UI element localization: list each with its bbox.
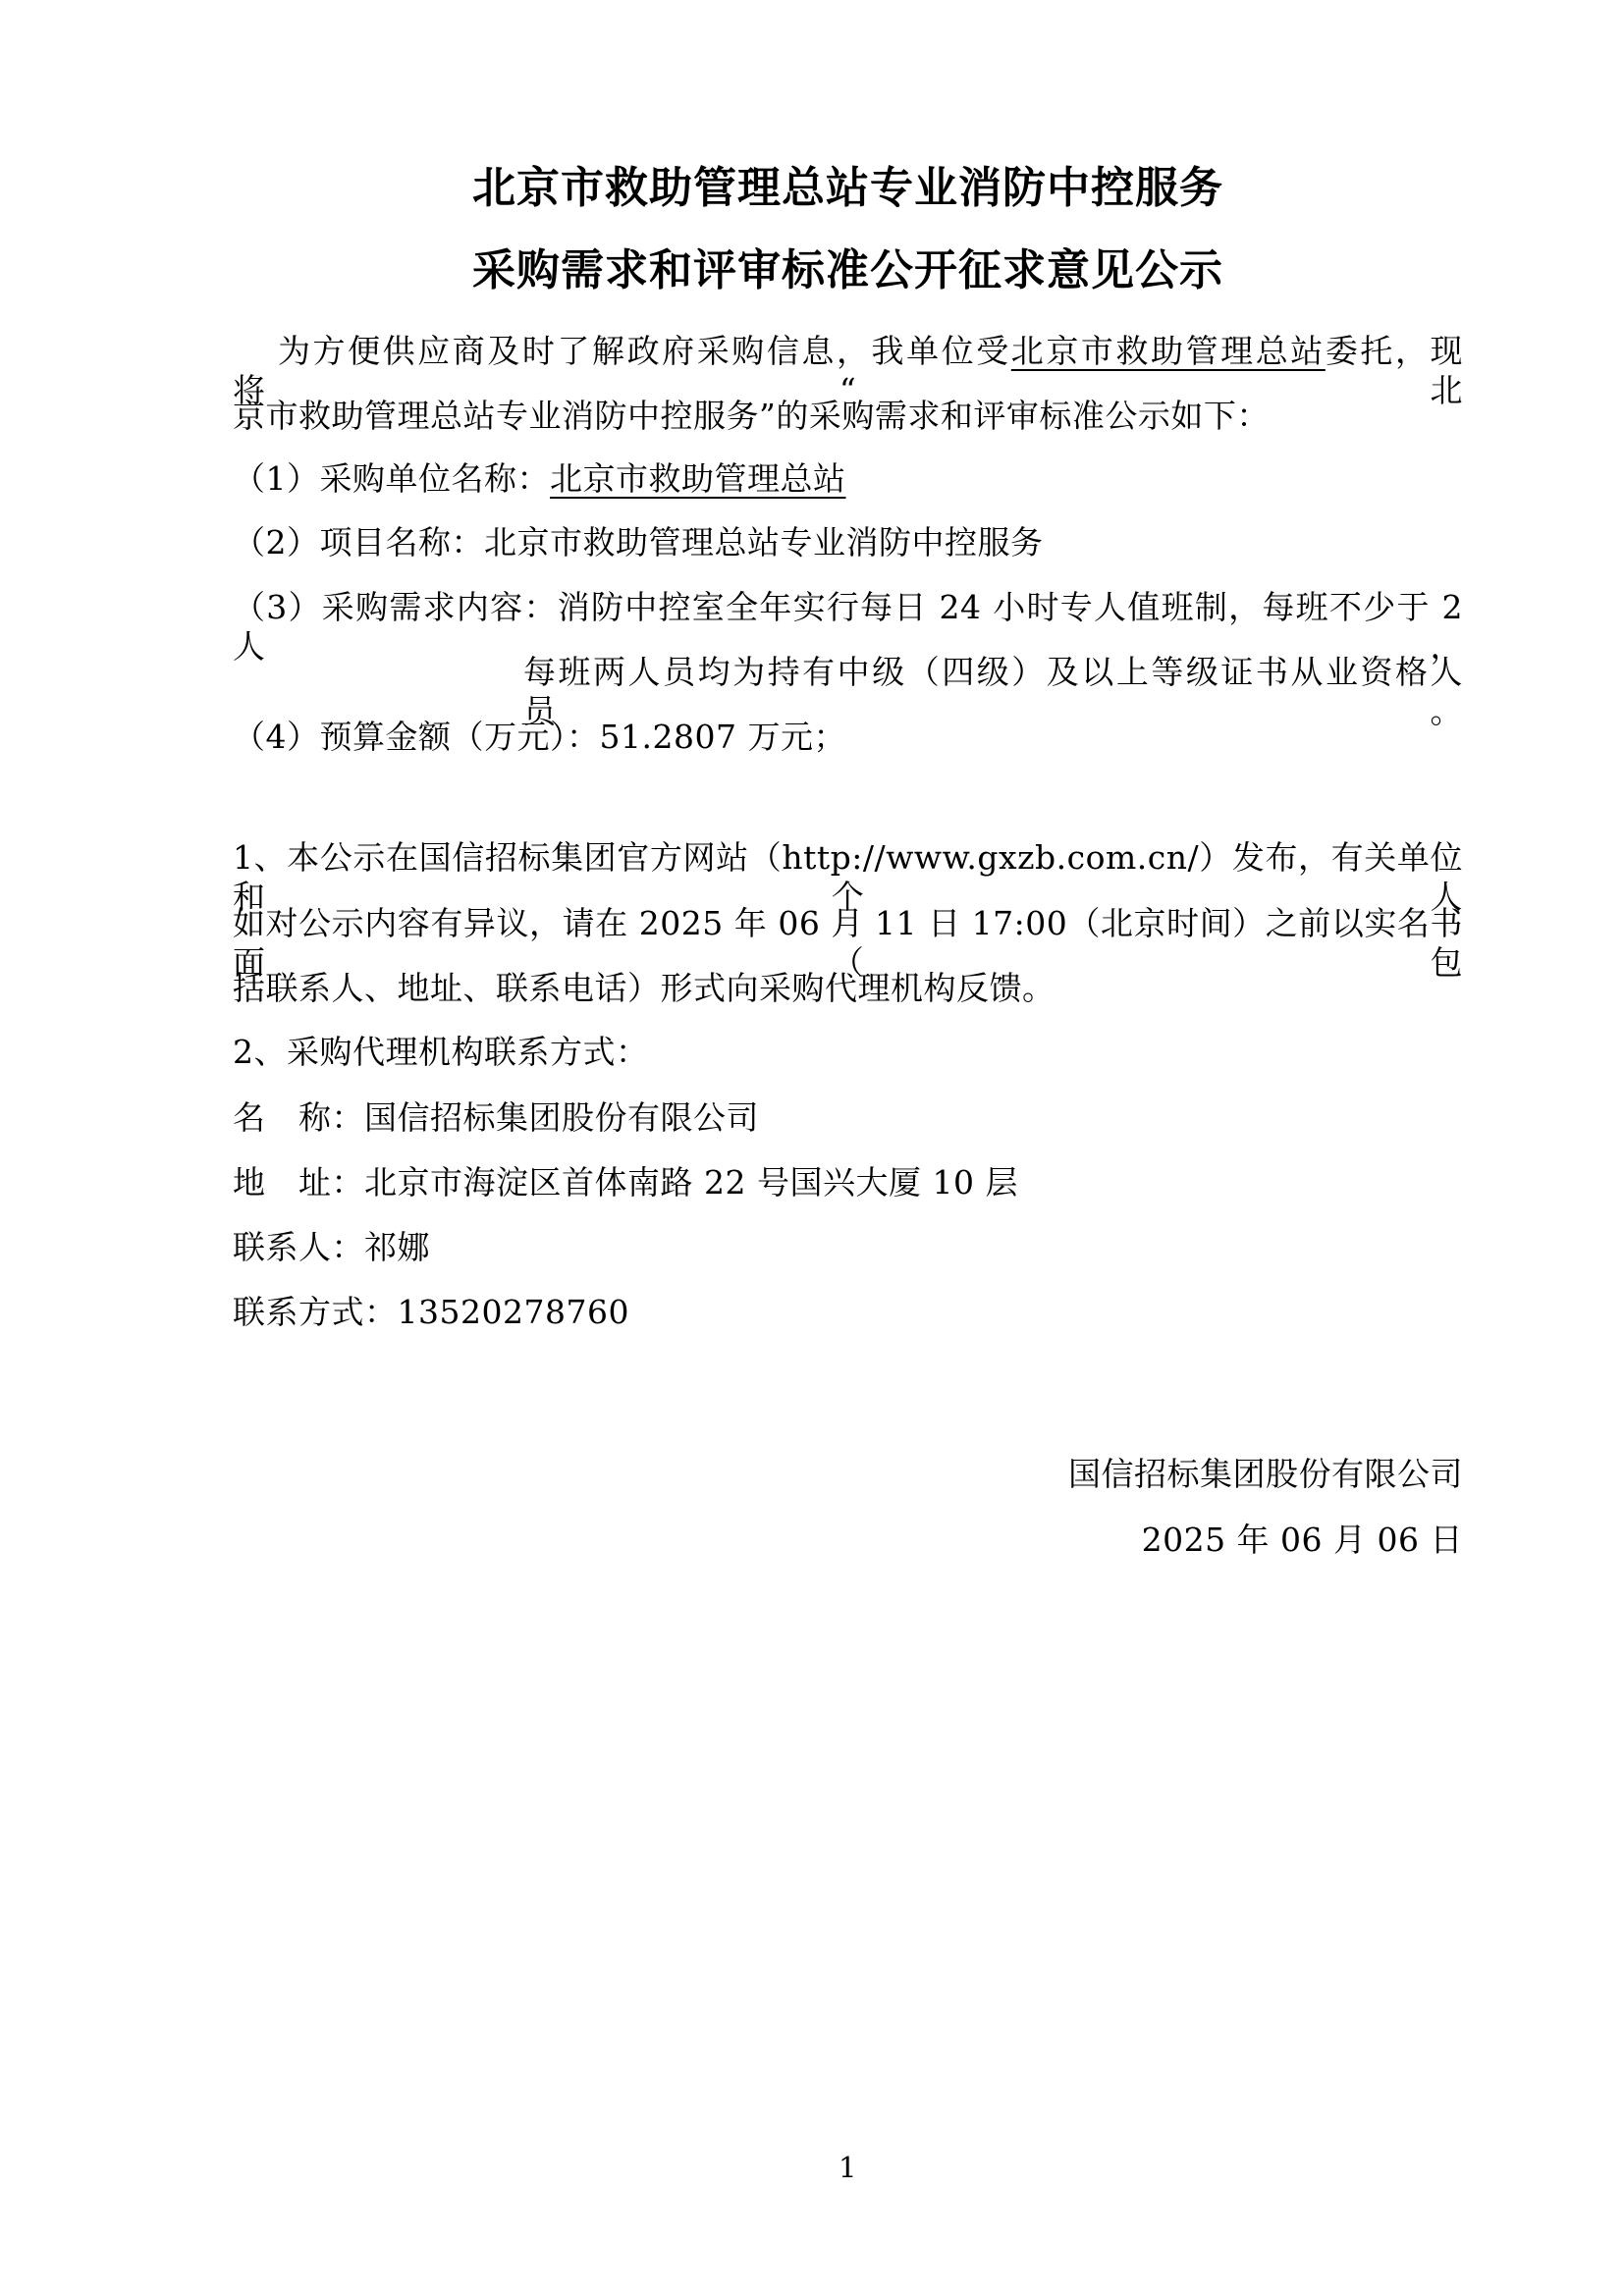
agency-contact-heading: 2、采购代理机构联系方式： (233, 1033, 1463, 1072)
agency-contact-person: 联系人：祁娜 (233, 1228, 1463, 1267)
agency-phone: 联系方式：13520278760 (233, 1293, 1463, 1332)
intro-paragraph-line2: 京市救助管理总站专业消防中控服务”的采购需求和评审标准公示如下： (233, 397, 1463, 436)
document-title-line2: 采购需求和评审标准公开征求意见公示 (233, 246, 1463, 295)
signature-company: 国信招标集团股份有限公司 (233, 1455, 1624, 1494)
page-number: 1 (233, 2148, 1463, 2187)
intro-underlined-unit-name: 北京市救助管理总站 (1011, 332, 1326, 370)
document-page: 北京市救助管理总站专业消防中控服务 采购需求和评审标准公开征求意见公示 为方便供… (0, 0, 1624, 2296)
agency-name: 名 称：国信招标集团股份有限公司 (233, 1098, 1463, 1138)
item-1-purchasing-unit: （1）采购单位名称：北京市救助管理总站 (233, 459, 1463, 499)
agency-address: 地 址：北京市海淀区首体南路 22 号国兴大厦 10 层 (233, 1163, 1463, 1202)
intro-text-pre: 为方便供应商及时了解政府采购信息，我单位受 (278, 332, 1011, 370)
item-4-budget-amount: （4）预算金额（万元）：51.2807 万元； (233, 718, 1463, 757)
item-1-underlined-value: 北京市救助管理总站 (550, 459, 846, 498)
item-2-project-name: （2）项目名称：北京市救助管理总站专业消防中控服务 (233, 523, 1463, 562)
item-1-label: （1）采购单位名称： (233, 459, 550, 498)
notice-paragraph-line3: 括联系人、地址、联系电话）形式向采购代理机构反馈。 (233, 969, 1463, 1008)
signature-date: 2025 年 06 月 06 日 (233, 1521, 1624, 1560)
document-title-line1: 北京市救助管理总站专业消防中控服务 (233, 164, 1463, 213)
